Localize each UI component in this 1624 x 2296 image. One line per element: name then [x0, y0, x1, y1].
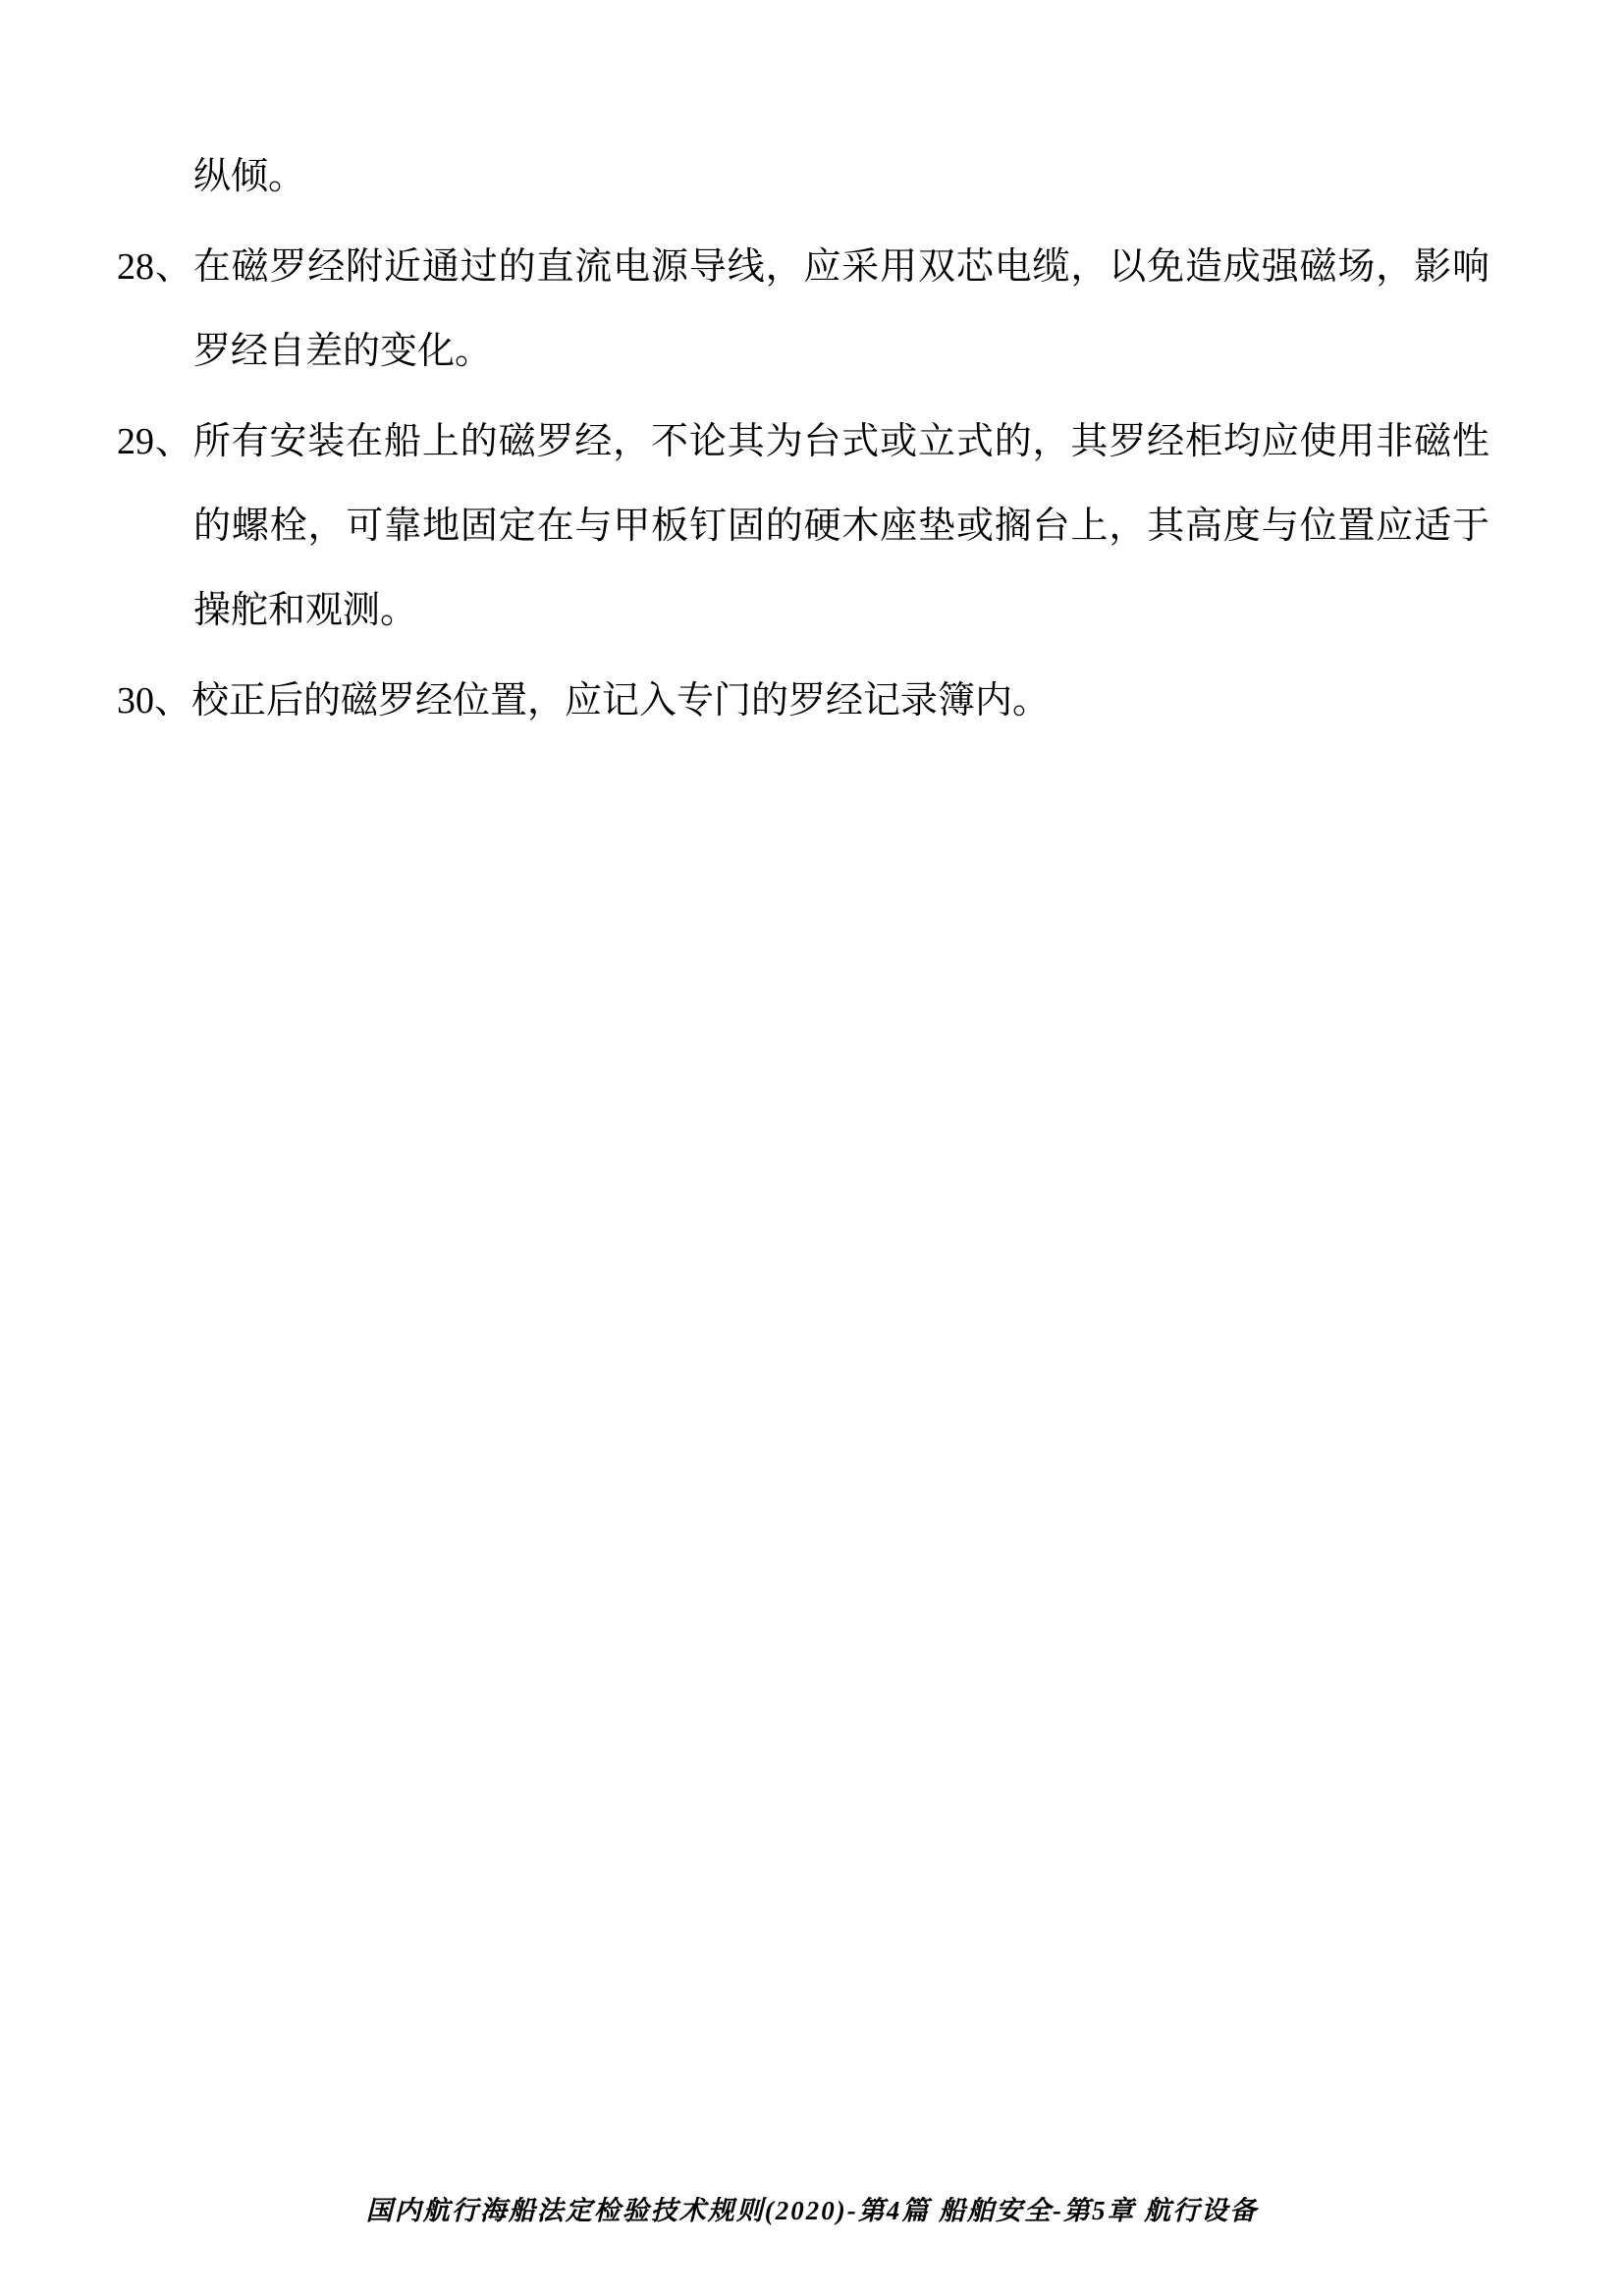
item-28-number: 28、 — [117, 246, 193, 288]
item-30-text-1: 校正后的磁罗经位置，应记入专门的罗经记录簿内。 — [191, 680, 1050, 721]
item-30-line-1: 30、校正后的磁罗经位置，应记入专门的罗经记录簿内。 — [117, 659, 1489, 743]
item-29-line-1: 29、所有安装在船上的磁罗经，不论其为台式或立式的，其罗经柜均应使用非磁性 — [117, 400, 1489, 484]
item-29-line-2: 的螺栓，可靠地固定在与甲板钉固的硬木座垫或搁台上，其高度与位置应适于 — [117, 484, 1489, 568]
document-body: 纵倾。 28、在磁罗经附近通过的直流电源导线，应采用双芯电缆，以免造成强磁场，影… — [117, 134, 1489, 743]
item-30-number: 30、 — [117, 680, 191, 721]
item-27-continuation-line: 纵倾。 — [117, 134, 1489, 219]
document-page: 纵倾。 28、在磁罗经附近通过的直流电源导线，应采用双芯电缆，以免造成强磁场，影… — [0, 0, 1624, 2296]
item-28-text-1: 在磁罗经附近通过的直流电源导线，应采用双芯电缆，以免造成强磁场，影响 — [193, 246, 1489, 288]
item-29-text-1: 所有安装在船上的磁罗经，不论其为台式或立式的，其罗经柜均应使用非磁性 — [193, 421, 1489, 462]
item-28-line-2: 罗经自差的变化。 — [117, 309, 1489, 394]
item-29-number: 29、 — [117, 421, 193, 462]
item-28-line-1: 28、在磁罗经附近通过的直流电源导线，应采用双芯电缆，以免造成强磁场，影响 — [117, 225, 1489, 309]
page-footer: 国内航行海船法定检验技术规则(2020)-第4篇 船舶安全-第5章 航行设备 — [0, 2189, 1624, 2227]
item-29-line-3: 操舵和观测。 — [117, 568, 1489, 653]
